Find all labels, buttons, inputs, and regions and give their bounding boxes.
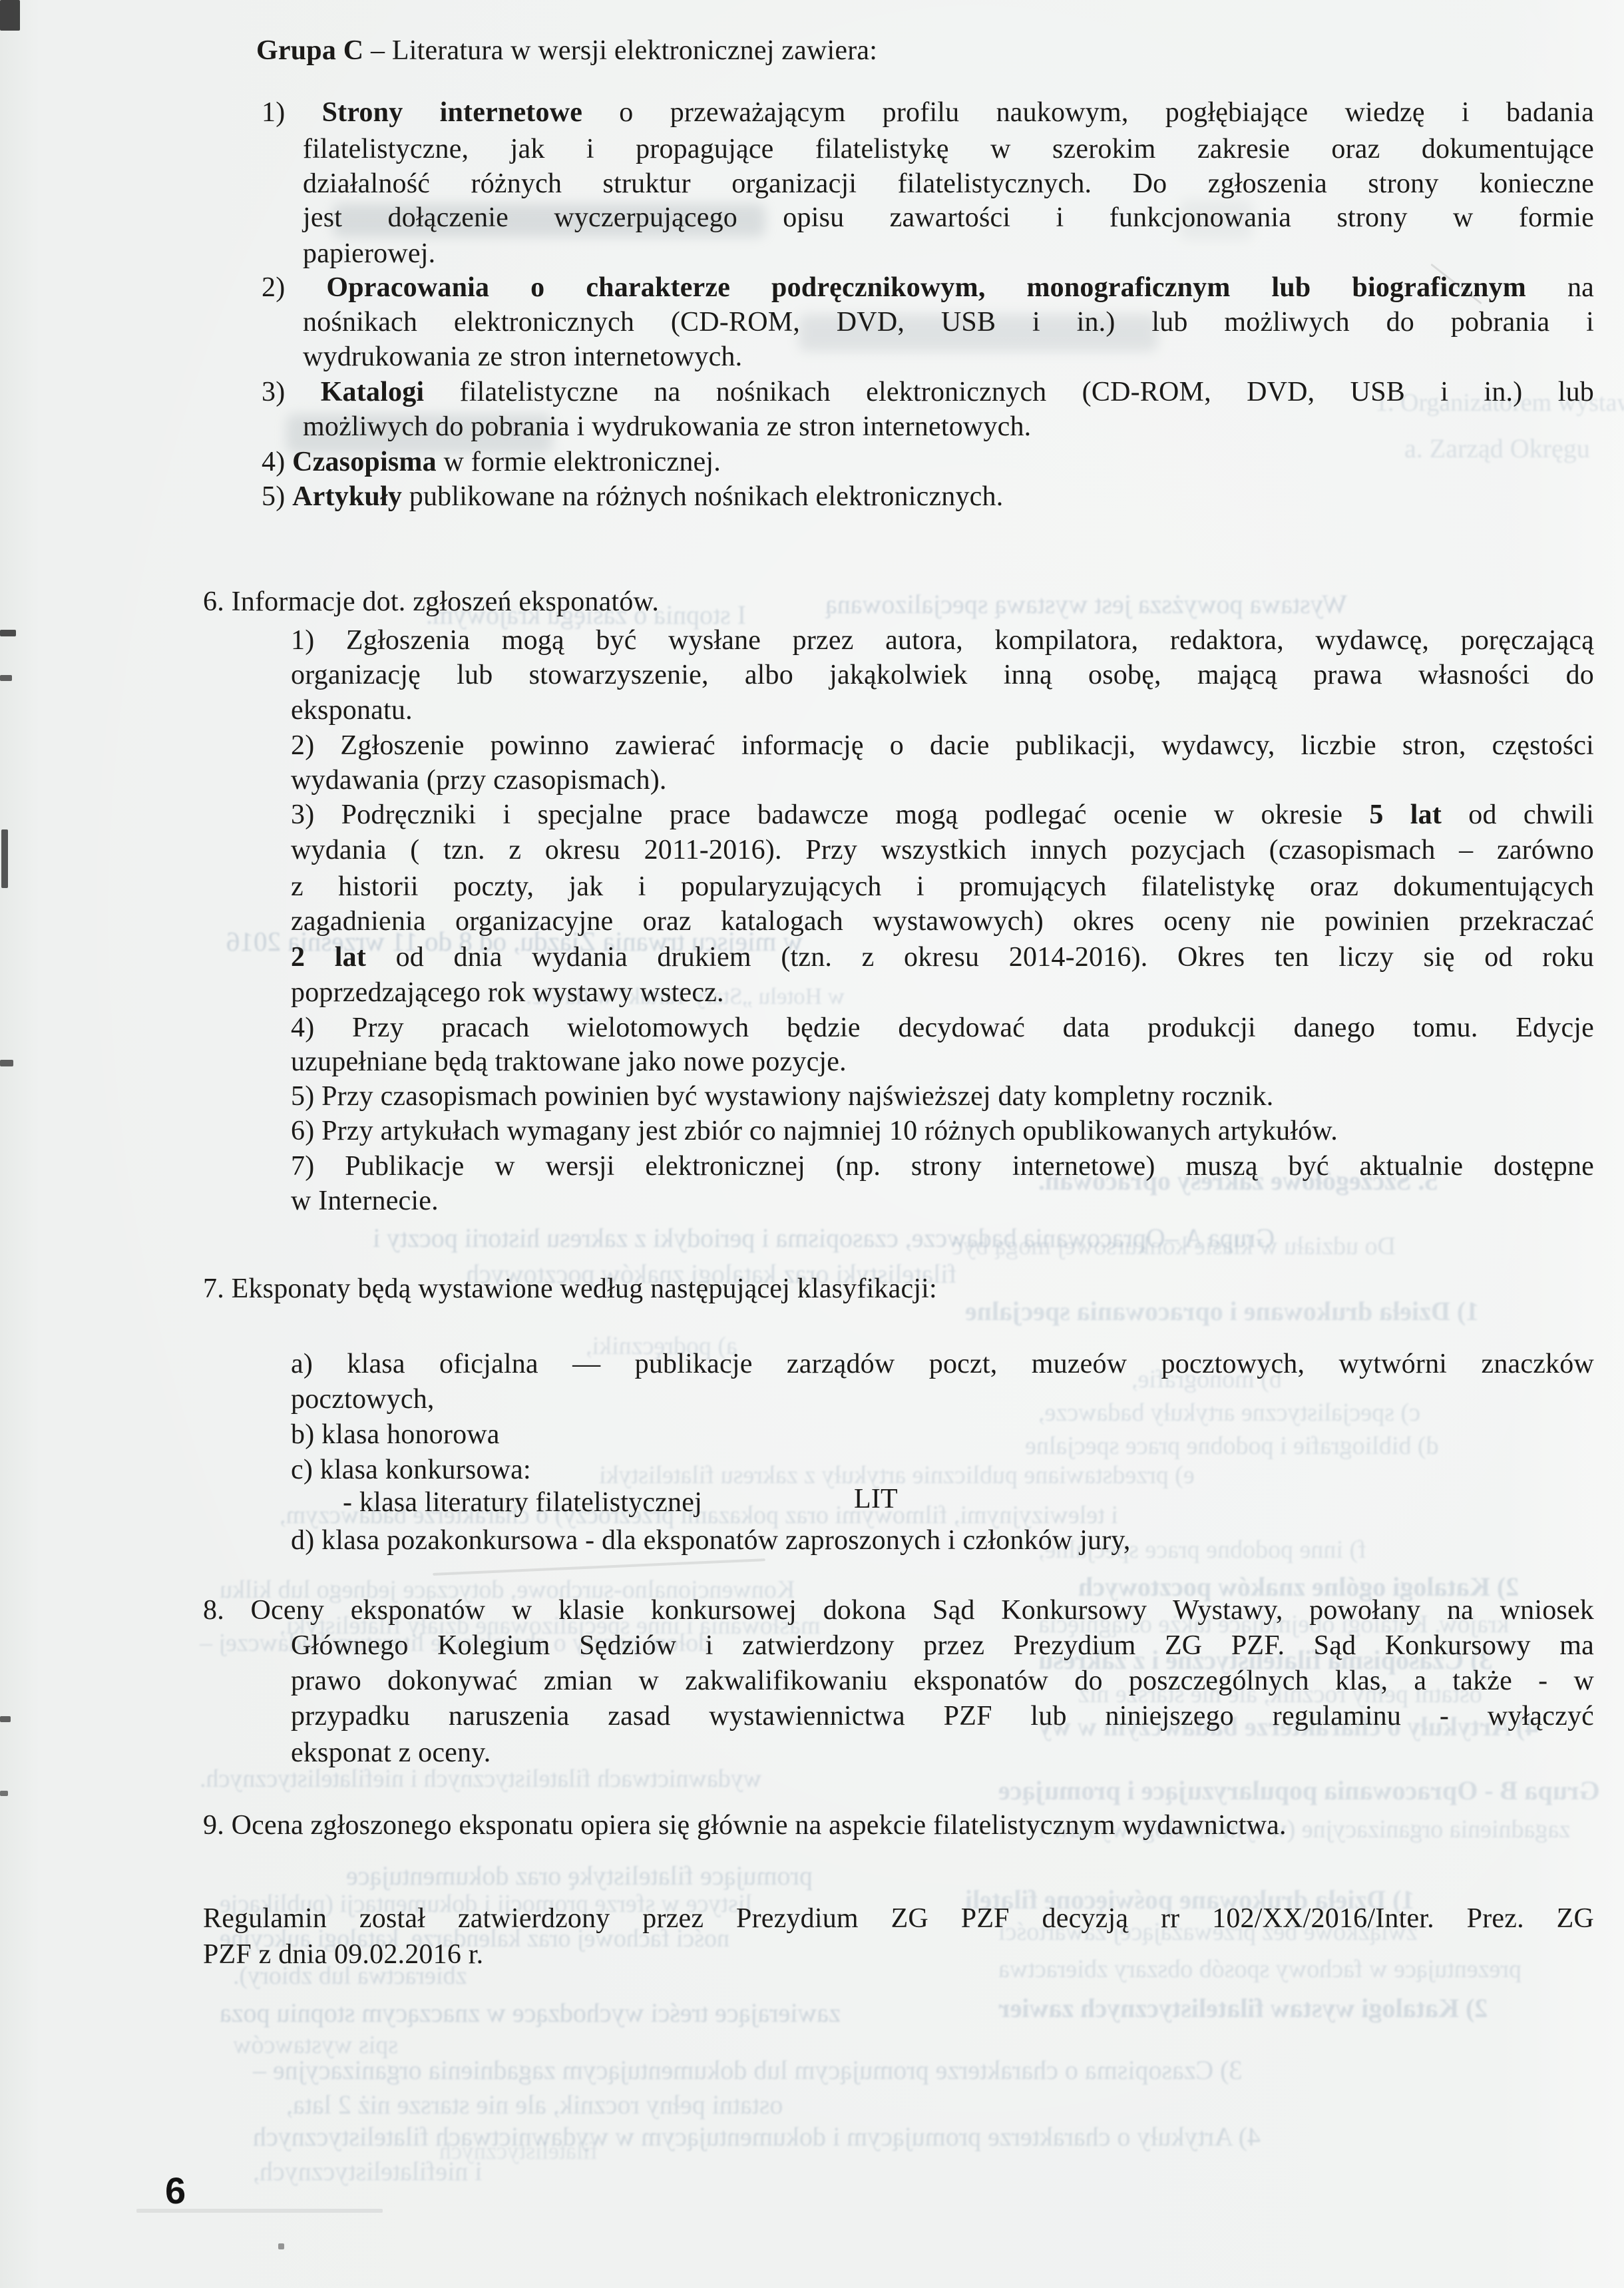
- page-number: 6: [165, 2169, 186, 2212]
- scan-edge-mark: [0, 1716, 11, 1722]
- scan-edge-mark: [0, 630, 16, 636]
- scan-edge-mark: [0, 1791, 8, 1796]
- scan-edge-mark: [1, 829, 8, 888]
- artifact-layer: [0, 0, 1624, 2288]
- scanned-document-page: Wystawa powyższa jest wystawą specjalizo…: [0, 0, 1624, 2288]
- scan-edge-mark: [278, 2243, 284, 2249]
- scan-scratch-line: [433, 1558, 765, 1576]
- scan-edge-mark: [0, 1060, 13, 1066]
- scan-scratch-line: [1430, 264, 1482, 304]
- scan-edge-mark: [0, 0, 20, 31]
- scan-edge-mark: [0, 675, 12, 681]
